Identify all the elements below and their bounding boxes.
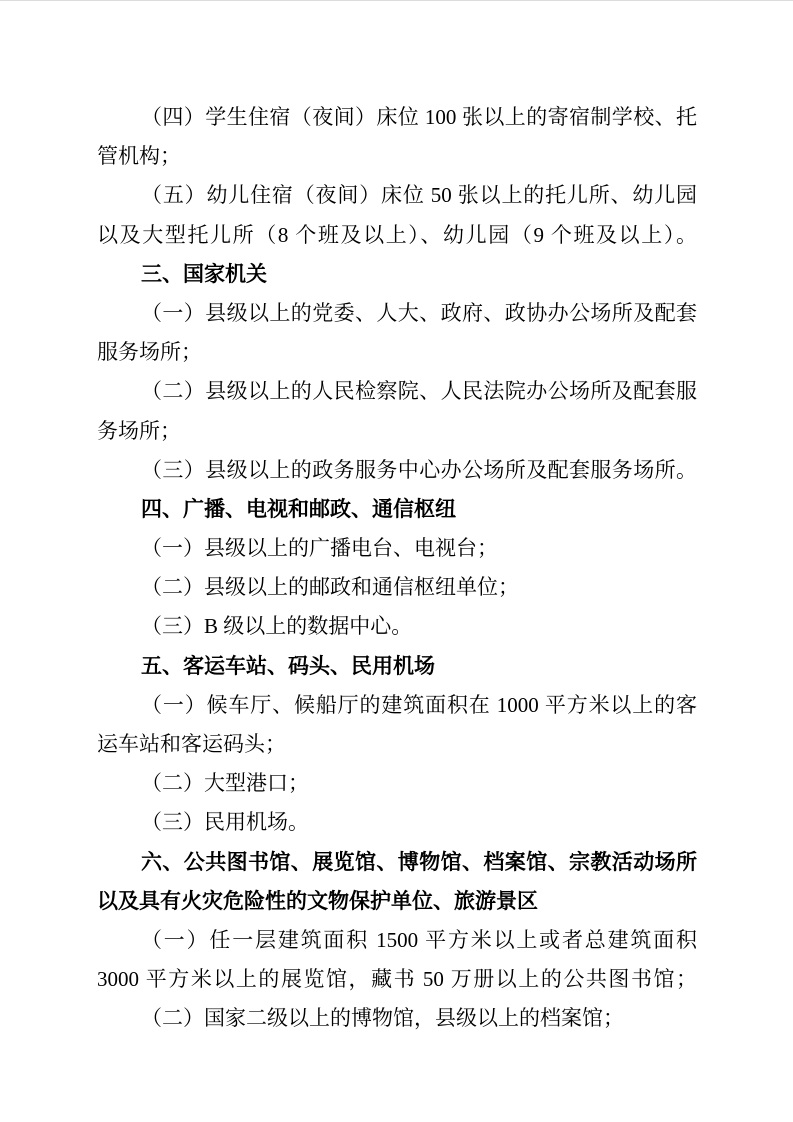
text-line: （三）县级以上的政务服务中心办公场所及配套服务场所。 — [97, 451, 697, 490]
text-line: （三）民用机场。 — [97, 803, 697, 842]
section-heading-line: 五、客运车站、码头、民用机场 — [97, 647, 697, 686]
section-heading-line: 四、广播、电视和邮政、通信枢纽 — [97, 490, 697, 529]
text-line: 3000 平方米以上的展览馆，藏书 50 万册以上的公共图书馆； — [97, 960, 697, 999]
text-line: （二）县级以上的人民检察院、人民法院办公场所及配套服 — [97, 372, 697, 411]
text-line: （二）国家二级以上的博物馆，县级以上的档案馆； — [97, 999, 697, 1038]
text-line: （一）县级以上的党委、人大、政府、政协办公场所及配套 — [97, 294, 697, 333]
text-line: 管机构； — [97, 137, 697, 176]
section-heading-line: 六、公共图书馆、展览馆、博物馆、档案馆、宗教活动场所 — [97, 843, 697, 882]
text-line: （二）县级以上的邮政和通信枢纽单位； — [97, 568, 697, 607]
text-line: 务场所； — [97, 412, 697, 451]
section-heading-line: 三、国家机关 — [97, 255, 697, 294]
text-line: （一）候车厅、候船厅的建筑面积在 1000 平方米以上的客 — [97, 686, 697, 725]
text-line: （五）幼儿住宿（夜间）床位 50 张以上的托儿所、幼儿园 — [97, 176, 697, 215]
text-line: （三）B 级以上的数据中心。 — [97, 607, 697, 646]
text-line: 以及大型托儿所（8 个班及以上）、幼儿园（9 个班及以上）。 — [97, 216, 697, 255]
document-page: （四）学生住宿（夜间）床位 100 张以上的寄宿制学校、托管机构；（五）幼儿住宿… — [0, 0, 793, 1122]
section-heading-line: 以及具有火灾危险性的文物保护单位、旅游景区 — [97, 882, 697, 921]
text-line: （一）县级以上的广播电台、电视台； — [97, 529, 697, 568]
text-line: （一）任一层建筑面积 1500 平方米以上或者总建筑面积 — [97, 921, 697, 960]
text-line: （二）大型港口； — [97, 764, 697, 803]
text-line: （四）学生住宿（夜间）床位 100 张以上的寄宿制学校、托 — [97, 98, 697, 137]
document-body: （四）学生住宿（夜间）床位 100 张以上的寄宿制学校、托管机构；（五）幼儿住宿… — [97, 98, 697, 1039]
text-line: 运车站和客运码头； — [97, 725, 697, 764]
text-line: 服务场所； — [97, 333, 697, 372]
